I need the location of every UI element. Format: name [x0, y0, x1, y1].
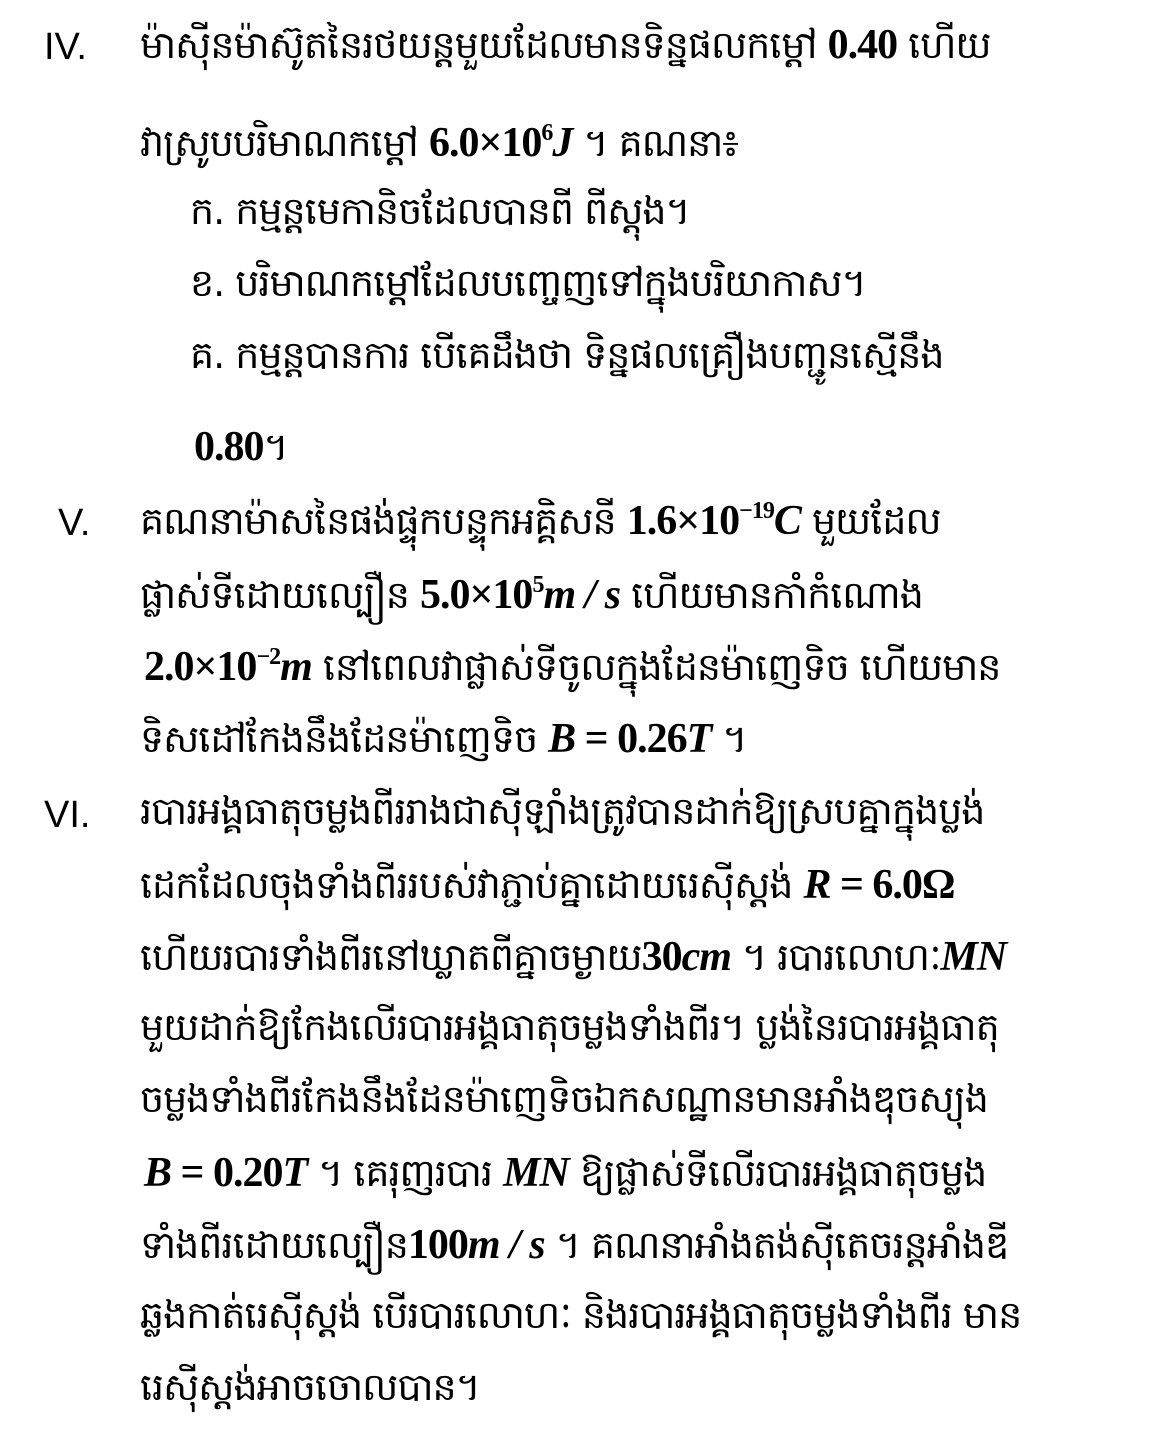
text: រេស៊ីស្តង់អាចចោលបាន។: [140, 1365, 480, 1409]
text: ទាំងពីរដោយល្បឿន: [140, 1223, 408, 1267]
text: ។ គណនា៖: [572, 121, 738, 165]
field-value: B = 0.26T: [548, 716, 711, 762]
bar-label: MN: [941, 934, 1007, 980]
problem-text-line: ដេកដែលចុងទាំងពីររបស់វាភ្ជាប់គ្នាដោយរេស៊ី…: [140, 864, 955, 906]
text: ។ គណនាអាំងតង់ស៊ីតេចរន្តអាំងឌី: [545, 1223, 1009, 1267]
problem-numeral: V.: [58, 504, 90, 542]
sub-label: ក.: [190, 192, 224, 230]
problem-text-line: ឆ្លងកាត់រេស៊ីស្តង់ បើរបារលោហៈ និងរបារអង្…: [140, 1296, 1021, 1334]
efficiency-value: 0.40: [828, 22, 898, 68]
physics-problem-sheet: IV. ម៉ាស៊ីនម៉ាស៊ូតនៃរថយន្តមួយដែលមានទិន្ន…: [0, 0, 1166, 1443]
radius-value: 2.0×10−2m: [144, 644, 312, 690]
text: ឱ្យផ្លាស់ទីលើរបារអង្គធាតុចម្លង: [569, 1151, 986, 1195]
problem-text-line: 2.0×10−2m នៅពេលវាផ្លាស់ទីចូលក្នុងដែនម៉ាញ…: [144, 646, 1000, 688]
distance-value: 30cm: [642, 934, 731, 980]
speed-value: 5.0×105m / s: [420, 572, 620, 618]
problem-text-line: ហើយរបារទាំងពីរនៅឃ្លាតពីគ្នាចម្ងាយ30cm ។ …: [140, 936, 1006, 978]
speed-value: 100m / s: [408, 1222, 545, 1268]
sub-label: ខ.: [190, 264, 224, 302]
text: ។: [711, 717, 746, 761]
problem-text-line: ទិសដៅកែងនឹងដែនម៉ាញេទិច B = 0.26T ។: [140, 718, 746, 760]
text: នៅពេលវាផ្លាស់ទីចូលក្នុងដែនម៉ាញេទិច ហើយមា…: [312, 645, 1001, 689]
sub-question-c: គ. កម្មន្តបានការ បើគេដឹងថា ទិន្នផលគ្រឿងប…: [190, 336, 944, 374]
problem-text-line: មួយដាក់ឱ្យកែងលើរបារអង្គធាតុចម្លងទាំងពីរ។…: [140, 1008, 999, 1046]
text: ហើយ: [897, 23, 991, 67]
text: ផ្លាស់ទីដោយល្បឿន: [140, 573, 420, 617]
text: វាស្រូបបរិមាណកម្ដៅ: [140, 121, 429, 165]
sub-question-c-continuation: 0.80។: [194, 426, 288, 468]
problem-text-line: B = 0.20T ។ គេរុញរបារ MN ឱ្យផ្លាស់ទីលើរប…: [144, 1152, 986, 1194]
text: ។ គេរុញរបារ: [307, 1151, 503, 1195]
problem-text-line: វាស្រូបបរិមាណកម្ដៅ 6.0×106J ។ គណនា៖: [140, 122, 738, 164]
charge-value: 1.6×10−19C: [627, 498, 801, 544]
problem-text-line: ផ្លាស់ទីដោយល្បឿន 5.0×105m / s ហើយមានកាំក…: [140, 574, 923, 616]
field-value: B = 0.20T: [144, 1150, 307, 1196]
text: គណនាម៉ាសនៃផង់ផ្ទុកបន្ទុកអគ្គិសនី: [140, 499, 627, 543]
bar-label: MN: [503, 1150, 569, 1196]
text: ។: [264, 425, 288, 469]
text: មួយដាក់ឱ្យកែងលើរបារអង្គធាតុចម្លងទាំងពីរ។…: [140, 1005, 999, 1049]
text: ហើយរបារទាំងពីរនៅឃ្លាតពីគ្នាចម្ងាយ: [140, 935, 642, 979]
text: ហើយមានកាំកំណោង: [620, 573, 923, 617]
sub-question-b: ខ. បរិមាណកម្ដៅដែលបញ្ចេញទៅក្នុងបរិយាកាស។: [190, 264, 866, 302]
sub-question-a: ក. កម្មន្តមេកានិចដែលបានពី ពីស្តុង។: [190, 192, 690, 230]
text: ដេកដែលចុងទាំងពីររបស់វាភ្ជាប់គ្នាដោយរេស៊ី…: [140, 863, 803, 907]
text: របារអង្គធាតុចម្លងពីររាងជាស៊ីឡាំងត្រូវបាន…: [140, 789, 984, 833]
text: ចម្លងទាំងពីរកែងនឹងដែនម៉ាញេទិចឯកសណ្ឋានមាន…: [140, 1077, 988, 1121]
sub-label: គ.: [190, 336, 224, 374]
heat-value: 6.0×106J: [429, 120, 572, 166]
text: កម្មន្តបានការ បើគេដឹងថា ទិន្នផលគ្រឿងបញ្ជ…: [235, 333, 943, 377]
problem-text-line: ទាំងពីរដោយល្បឿន100m / s ។ គណនាអាំងតង់ស៊ី…: [140, 1224, 1008, 1266]
problem-text-line: រេស៊ីស្តង់អាចចោលបាន។: [140, 1368, 480, 1406]
text: កម្មន្តមេកានិចដែលបានពី ពីស្តុង។: [235, 189, 689, 233]
problem-numeral: VI.: [44, 796, 90, 834]
problem-numeral: IV.: [44, 28, 87, 66]
text: ។ របារលោហៈ: [731, 935, 941, 979]
resistance-value: R = 6.0Ω: [803, 862, 954, 908]
problem-text-line: ចម្លងទាំងពីរកែងនឹងដែនម៉ាញេទិចឯកសណ្ឋានមាន…: [140, 1080, 988, 1118]
text: ឆ្លងកាត់រេស៊ីស្តង់ បើរបារលោហៈ និងរបារអង្…: [140, 1293, 1021, 1337]
problem-text-line: គណនាម៉ាសនៃផង់ផ្ទុកបន្ទុកអគ្គិសនី 1.6×10−…: [140, 500, 941, 542]
problem-text-line: ម៉ាស៊ីនម៉ាស៊ូតនៃរថយន្តមួយដែលមានទិន្នផលកម…: [140, 24, 991, 66]
text: ម៉ាស៊ីនម៉ាស៊ូតនៃរថយន្តមួយដែលមានទិន្នផលកម…: [140, 23, 828, 67]
text: មួយដែល: [801, 499, 941, 543]
transmission-efficiency-value: 0.80: [194, 424, 264, 470]
text: បរិមាណកម្ដៅដែលបញ្ចេញទៅក្នុងបរិយាកាស។: [235, 261, 865, 305]
problem-text-line: របារអង្គធាតុចម្លងពីររាងជាស៊ីឡាំងត្រូវបាន…: [140, 792, 984, 830]
text: ទិសដៅកែងនឹងដែនម៉ាញេទិច: [140, 717, 548, 761]
